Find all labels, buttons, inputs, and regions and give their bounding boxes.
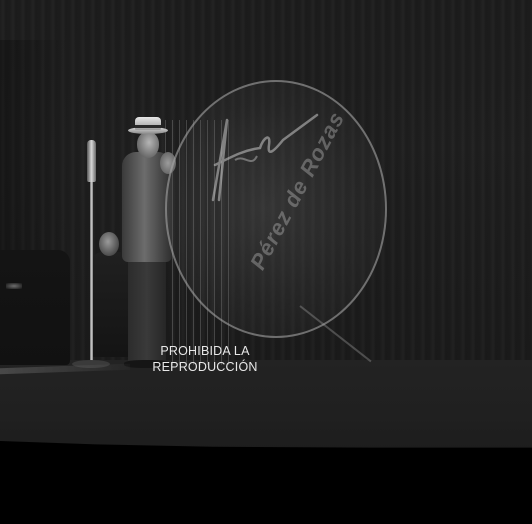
bottom-black-band	[0, 441, 532, 524]
stage-floor	[0, 360, 532, 450]
pianist-body	[92, 252, 130, 357]
boater-hat-crown	[135, 117, 161, 130]
piano	[0, 250, 70, 365]
microphone-icon	[87, 140, 96, 182]
stage-photograph: Pérez de Rozas PROHIBIDA LA REPRODUCCIÓN	[0, 0, 532, 524]
performer-head	[137, 132, 159, 158]
microphone-stand	[90, 150, 93, 365]
boater-hat-band	[135, 125, 161, 128]
warning-line-2: REPRODUCCIÓN	[145, 359, 265, 375]
pianist-head	[99, 232, 119, 256]
warning-line-1: PROHIBIDA LA	[145, 343, 265, 359]
reproduction-warning: PROHIBIDA LA REPRODUCCIÓN	[145, 343, 265, 375]
piano-light-reflection	[6, 283, 22, 289]
